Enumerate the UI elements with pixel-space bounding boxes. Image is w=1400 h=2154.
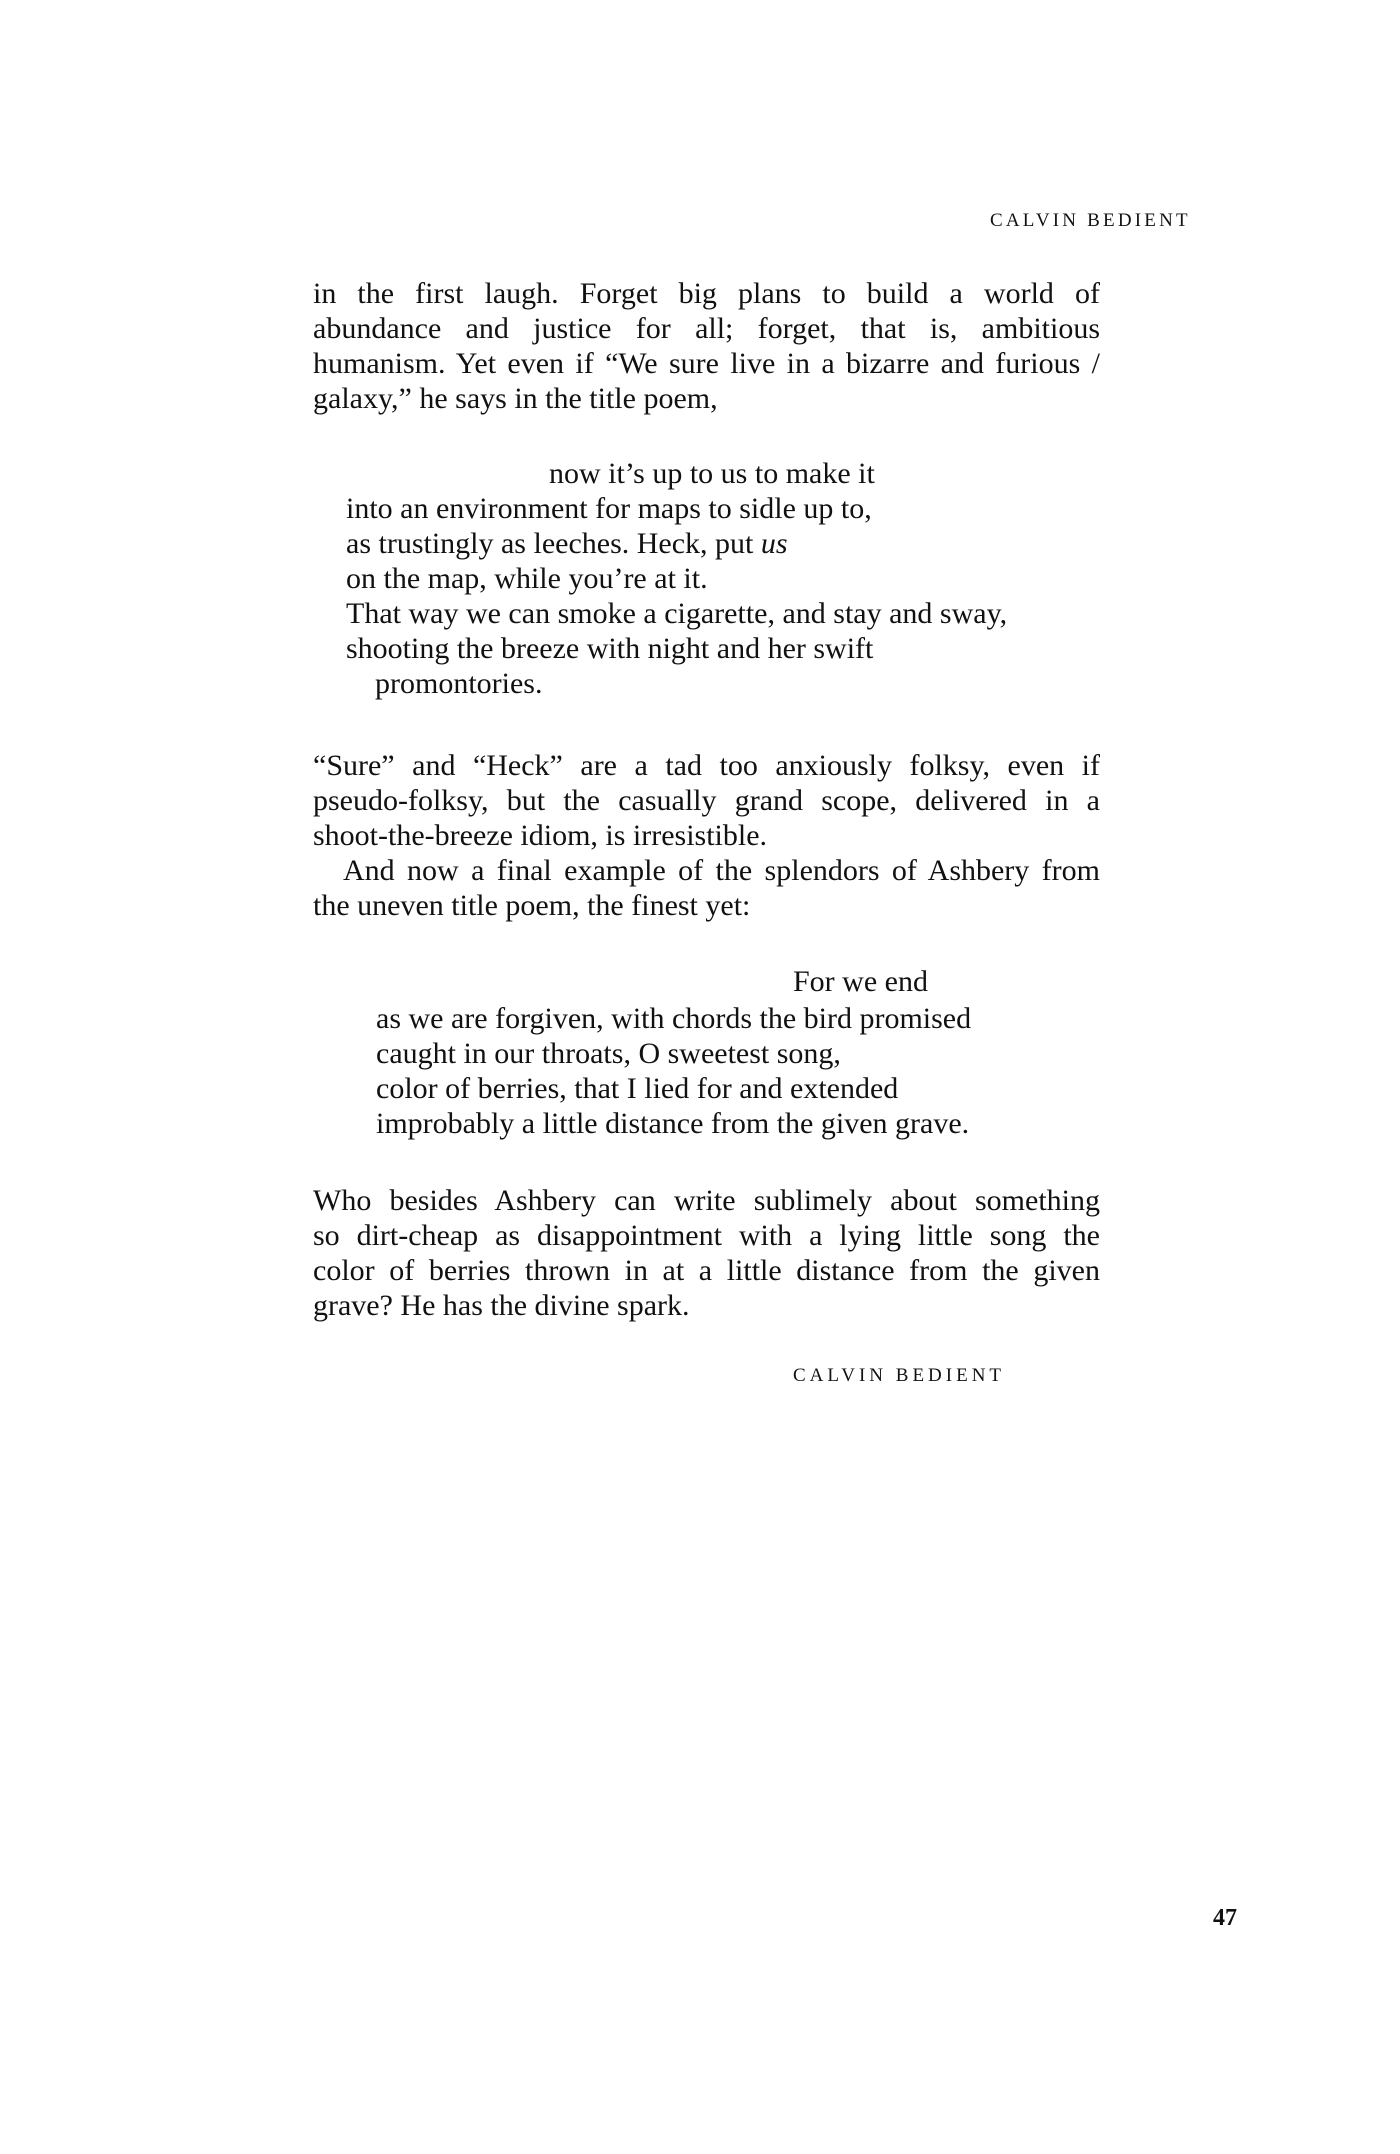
page-number: 47 (1213, 1904, 1237, 1932)
verse-line: improbably a little distance from the gi… (376, 1106, 969, 1141)
running-head: Calvin Bedient (990, 207, 1236, 235)
text-line: galaxy,” he says in the title poem, (313, 381, 1100, 416)
verse-line: as we are forgiven, with chords the bird… (376, 1001, 971, 1036)
verse-line: color of berries, that I lied for and ex… (376, 1071, 898, 1106)
verse-line: as trustingly as leeches. Heck, put us (346, 526, 788, 561)
text-line: color of berries thrown in at a little d… (313, 1253, 1100, 1288)
book-page: Calvin Bedient in the first laugh. Forge… (0, 0, 1400, 2154)
text-line: “Sure” and “Heck” are a tad too anxiousl… (313, 748, 1100, 783)
text-line: abundance and justice for all; forget, t… (313, 311, 1100, 346)
verse-line: caught in our throats, O sweetest song, (376, 1036, 841, 1071)
text-line: in the first laugh. Forget big plans to … (313, 276, 1100, 311)
text-line: Who besides Ashbery can write sublimely … (313, 1183, 1100, 1218)
verse-line-runover: promontories. (375, 666, 542, 701)
verse-line: shooting the breeze with night and her s… (346, 631, 873, 666)
author-signature: Calvin Bedient (793, 1362, 1005, 1390)
italic-emphasis: us (761, 527, 788, 560)
text-line: the uneven title poem, the finest yet: (313, 888, 1100, 923)
verse-line: For we end (793, 964, 928, 999)
text-line: so dirt-cheap as disappointment with a l… (313, 1218, 1100, 1253)
verse-line: into an environment for maps to sidle up… (346, 491, 872, 526)
verse-line: now it’s up to us to make it (549, 456, 875, 491)
text-line: grave? He has the divine spark. (313, 1288, 1100, 1323)
verse-line: That way we can smoke a cigarette, and s… (346, 596, 1007, 631)
verse-line: on the map, while you’re at it. (346, 561, 708, 596)
text-line: humanism. Yet even if “We sure live in a… (313, 346, 1100, 381)
text-line: pseudo-folksy, but the casually grand sc… (313, 783, 1100, 818)
text-line: And now a final example of the splendors… (343, 853, 1100, 888)
text-line: shoot-the-breeze idiom, is irresistible. (313, 818, 1100, 853)
verse-text: as trustingly as leeches. Heck, put (346, 527, 761, 560)
